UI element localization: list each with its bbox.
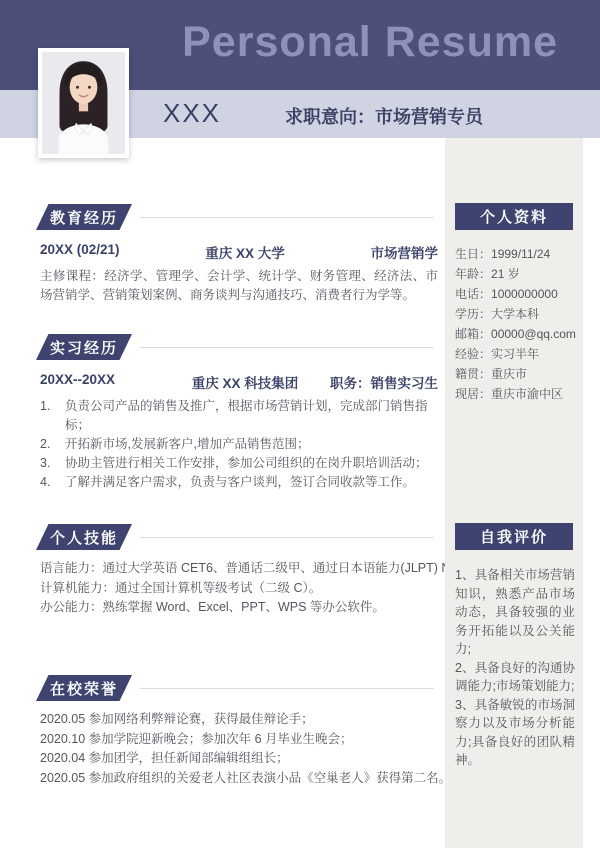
education-header-row: 教育经历	[36, 204, 434, 230]
divider-line	[140, 537, 434, 538]
profile-photo	[38, 48, 129, 158]
item-number: 2.	[40, 435, 65, 454]
skill-line: 语言能力：通过大学英语 CET6、普通话二级甲、通过日本语能力(JLPT) N2…	[40, 559, 438, 579]
profile-field: 现居：重庆市渝中区	[455, 384, 575, 404]
internship-section-title: 实习经历	[36, 334, 132, 360]
list-item: 1. 负责公司产品的销售及推广，根据市场营销计划，完成部门销售指标；	[40, 397, 438, 435]
section-education: 教育经历 20XX (02/21) 重庆 XX 大学 市场营销学 主修课程：经济…	[40, 204, 438, 305]
education-section-title: 教育经历	[36, 204, 132, 230]
honor-line: 2020.05 参加网络利弊辩论赛，获得最佳辩论手；	[40, 710, 438, 730]
item-text: 开拓新市场,发展新客户,增加产品销售范围；	[65, 435, 438, 454]
field-value: 00000@qq.com	[491, 327, 576, 341]
field-value: 大学本科	[491, 307, 539, 321]
field-label: 经验：	[455, 347, 491, 361]
field-value: 重庆市	[491, 367, 527, 381]
evaluation-item: 1、具备相关市场营销知识，熟悉产品市场动态，具备较强的业务开拓能以及公关能力;	[455, 566, 575, 659]
item-text: 了解并满足客户需求，负责与客户谈判，签订合同收款等工作。	[65, 473, 438, 492]
field-label: 生日：	[455, 247, 491, 261]
list-item: 4. 了解并满足客户需求，负责与客户谈判，签订合同收款等工作。	[40, 473, 438, 492]
skill-line: 计算机能力：通过全国计算机等级考试（二级 C）。	[40, 579, 438, 599]
field-label: 年龄：	[455, 267, 491, 281]
profile-field: 经验：实习半年	[455, 344, 575, 364]
field-value: 1000000000	[491, 287, 558, 301]
internship-period: 20XX--20XX	[40, 372, 173, 392]
education-major: 市场营销学	[317, 242, 438, 262]
internship-header-row: 实习经历	[36, 334, 434, 360]
page-title: Personal Resume	[182, 18, 558, 67]
honors-section-title: 在校荣誉	[36, 675, 132, 701]
skills-lines: 语言能力：通过大学英语 CET6、普通话二级甲、通过日本语能力(JLPT) N2…	[40, 559, 438, 618]
honor-line: 2020.04 参加团学，担任新闻部编辑组组长；	[40, 749, 438, 769]
candidate-name: XXX	[163, 98, 221, 129]
honors-header-row: 在校荣誉	[36, 675, 434, 701]
evaluation-item: 2、具备良好的沟通协调能力;市场策划能力;	[455, 659, 575, 696]
profile-field: 学历：大学本科	[455, 304, 575, 324]
field-value: 1999/11/24	[491, 247, 550, 261]
field-label: 现居：	[455, 387, 491, 401]
honors-lines: 2020.05 参加网络利弊辩论赛，获得最佳辩论手； 2020.10 参加学院迎…	[40, 710, 438, 788]
list-item: 3. 协助主管进行相关工作安排，参加公司组织的在岗升职培训活动；	[40, 454, 438, 473]
field-label: 邮箱：	[455, 327, 491, 341]
section-honors: 在校荣誉 2020.05 参加网络利弊辩论赛，获得最佳辩论手； 2020.10 …	[40, 675, 438, 788]
list-item: 2. 开拓新市场,发展新客户,增加产品销售范围；	[40, 435, 438, 454]
divider-line	[140, 688, 434, 689]
section-skills: 个人技能 语言能力：通过大学英语 CET6、普通话二级甲、通过日本语能力(JLP…	[40, 524, 438, 618]
profile-field: 电话：1000000000	[455, 284, 575, 304]
field-value: 21 岁	[491, 267, 520, 281]
honor-line: 2020.05 参加政府组织的关爱老人社区表演小品《空巢老人》获得第二名。	[40, 769, 438, 789]
item-number: 4.	[40, 473, 65, 492]
internship-position: 职务：销售实习生	[317, 372, 438, 392]
field-label: 电话：	[455, 287, 491, 301]
resume-page: Personal Resume XXX 求职意向：市场营销专员 教育经历 20X…	[0, 0, 600, 848]
item-number: 1.	[40, 397, 65, 435]
education-school: 重庆 XX 大学	[173, 242, 318, 262]
divider-line	[140, 217, 434, 218]
skill-line: 办公能力：熟练掌握 Word、Excel、PPT、WPS 等办公软件。	[40, 598, 438, 618]
item-text: 负责公司产品的销售及推广，根据市场营销计划，完成部门销售指标；	[65, 397, 438, 435]
education-summary-row: 20XX (02/21) 重庆 XX 大学 市场营销学	[40, 242, 438, 262]
field-label: 籍贯：	[455, 367, 491, 381]
profile-field: 籍贯：重庆市	[455, 364, 575, 384]
evaluation-item: 3、具备敏锐的市场洞察力以及市场分析能力;具备良好的团队精神。	[455, 696, 575, 770]
internship-summary-row: 20XX--20XX 重庆 XX 科技集团 职务：销售实习生	[40, 372, 438, 392]
internship-duty-list: 1. 负责公司产品的销售及推广，根据市场营销计划，完成部门销售指标； 2. 开拓…	[40, 397, 438, 492]
divider-line	[140, 347, 434, 348]
education-detail: 主修课程：经济学、管理学、会计学、统计学、财务管理、经济法、市场营销学、营销策划…	[40, 267, 438, 305]
profile-section-title: 个人资料	[455, 203, 573, 230]
field-value: 重庆市渝中区	[491, 387, 563, 401]
item-number: 3.	[40, 454, 65, 473]
skills-header-row: 个人技能	[36, 524, 434, 550]
evaluation-text: 1、具备相关市场营销知识，熟悉产品市场动态，具备较强的业务开拓能以及公关能力; …	[455, 566, 575, 770]
education-period: 20XX (02/21)	[40, 242, 173, 262]
profile-field: 年龄：21 岁	[455, 264, 575, 284]
item-text: 协助主管进行相关工作安排，参加公司组织的在岗升职培训活动；	[65, 454, 438, 473]
job-intention: 求职意向：市场营销专员	[285, 103, 483, 129]
section-internship: 实习经历 20XX--20XX 重庆 XX 科技集团 职务：销售实习生 1. 负…	[40, 334, 438, 492]
evaluation-section-title: 自我评价	[455, 523, 573, 550]
sidebar: 个人资料 生日：1999/11/24 年龄：21 岁 电话：1000000000…	[445, 138, 583, 848]
field-value: 实习半年	[491, 347, 539, 361]
portrait-illustration	[42, 52, 125, 154]
field-label: 学历：	[455, 307, 491, 321]
profile-field: 邮箱：00000@qq.com	[455, 324, 575, 344]
profile-field-list: 生日：1999/11/24 年龄：21 岁 电话：1000000000 学历：大…	[455, 244, 575, 404]
skills-section-title: 个人技能	[36, 524, 132, 550]
honor-line: 2020.10 参加学院迎新晚会；参加次年 6 月毕业生晚会；	[40, 730, 438, 750]
internship-company: 重庆 XX 科技集团	[173, 372, 318, 392]
profile-field: 生日：1999/11/24	[455, 244, 575, 264]
